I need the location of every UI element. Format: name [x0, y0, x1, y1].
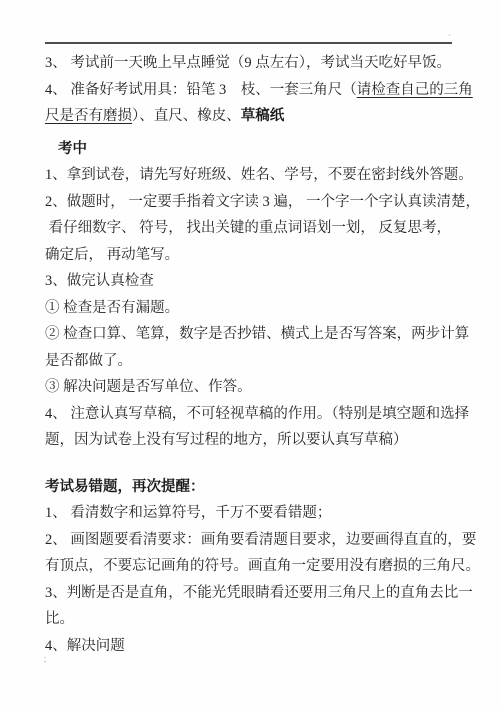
pre-exam-item4-line1: 4、 准备好考试用具：铅笔 3 枝、一套三角尺（请检查自己的三角 — [45, 77, 460, 104]
error-reminder-item1: 1、 看清数字和运算符号，千万不要看错题； — [45, 500, 460, 527]
pre-exam-item4-underlined-cont: 尺是否有磨损 — [45, 108, 132, 124]
during-exam-check1: ① 检查是否有漏题。 — [45, 295, 460, 322]
error-reminder-item3-line2: 比。 — [45, 606, 460, 633]
document-page: ˊ 3、 考试前一天晚上早点睡觉（9 点左右），考试当天吃好早饭。 4、 准备好… — [0, 0, 500, 708]
document-body: 3、 考试前一天晚上早点睡觉（9 点左右），考试当天吃好早饭。 4、 准备好考试… — [45, 50, 460, 659]
during-exam-item1: 1、拿到试卷，请先写好班级、姓名、学号，不要在密封线外答题。 — [45, 162, 460, 189]
during-exam-item4-line2: 题，因为试卷上没有写过程的地方，所以要认真写草稿） — [45, 427, 460, 454]
pre-exam-item4-plain-cont: ）、直尺、橡皮、 — [132, 108, 241, 124]
scan-artifact-top-right: ˊ — [448, 33, 451, 43]
error-reminder-item4: 4、解决问题 — [45, 633, 460, 660]
pre-exam-item4-bold-term: 草稿纸 — [241, 108, 285, 124]
pre-exam-item4-line2: 尺是否有磨损）、直尺、橡皮、草稿纸 — [45, 103, 460, 130]
error-reminder-item3-line1: 3、判断是否是直角，不能光凭眼睛看还要用三角尺上的直角去比一 — [45, 580, 460, 607]
pre-exam-item3: 3、 考试前一天晚上早点睡觉（9 点左右），考试当天吃好早饭。 — [45, 50, 460, 77]
error-reminder-item2-line2: 有顶点，不要忘记画角的符号。画直角一定要用没有磨损的三角尺。 — [45, 553, 460, 580]
pre-exam-item4-underlined: 请检查自己的三角 — [357, 82, 473, 98]
during-exam-check2-line2: 是否都做了。 — [45, 348, 460, 375]
error-reminder-item2-line1: 2、 画图题要看清要求：画角要看清题目要求，边要画得直直的，要 — [45, 527, 460, 554]
during-exam-check3: ③ 解决问题是否写单位、作答。 — [45, 374, 460, 401]
scan-artifact-bottom-left: ； — [43, 652, 52, 665]
during-exam-item4-line1: 4、 注意认真写草稿，不可轻视草稿的作用。（特别是填空题和选择 — [45, 401, 460, 428]
error-reminder-heading: 考试易错题，再次提醒： — [45, 474, 460, 501]
during-exam-check2-line1: ② 检查口算、笔算，数字是否抄错、横式上是否写答案，两步计算 — [45, 321, 460, 348]
during-exam-item3: 3、做完认真检查 — [45, 268, 460, 295]
pre-exam-item4-plain: 4、 准备好考试用具：铅笔 3 枝、一套三角尺（ — [45, 82, 357, 98]
page-top-rule — [45, 42, 452, 44]
during-exam-item2-line3: 确定后， 再动笔写。 — [45, 242, 460, 269]
during-exam-item2-line2: 看仔细数字、 符号， 找出关键的重点词语划一划， 反复思考， — [45, 215, 460, 242]
during-exam-heading: 考中 — [45, 136, 460, 163]
during-exam-item2-line1: 2、做题时， 一定要手指着文字读 3 遍， 一个字一个字认真读清楚， — [45, 189, 460, 216]
